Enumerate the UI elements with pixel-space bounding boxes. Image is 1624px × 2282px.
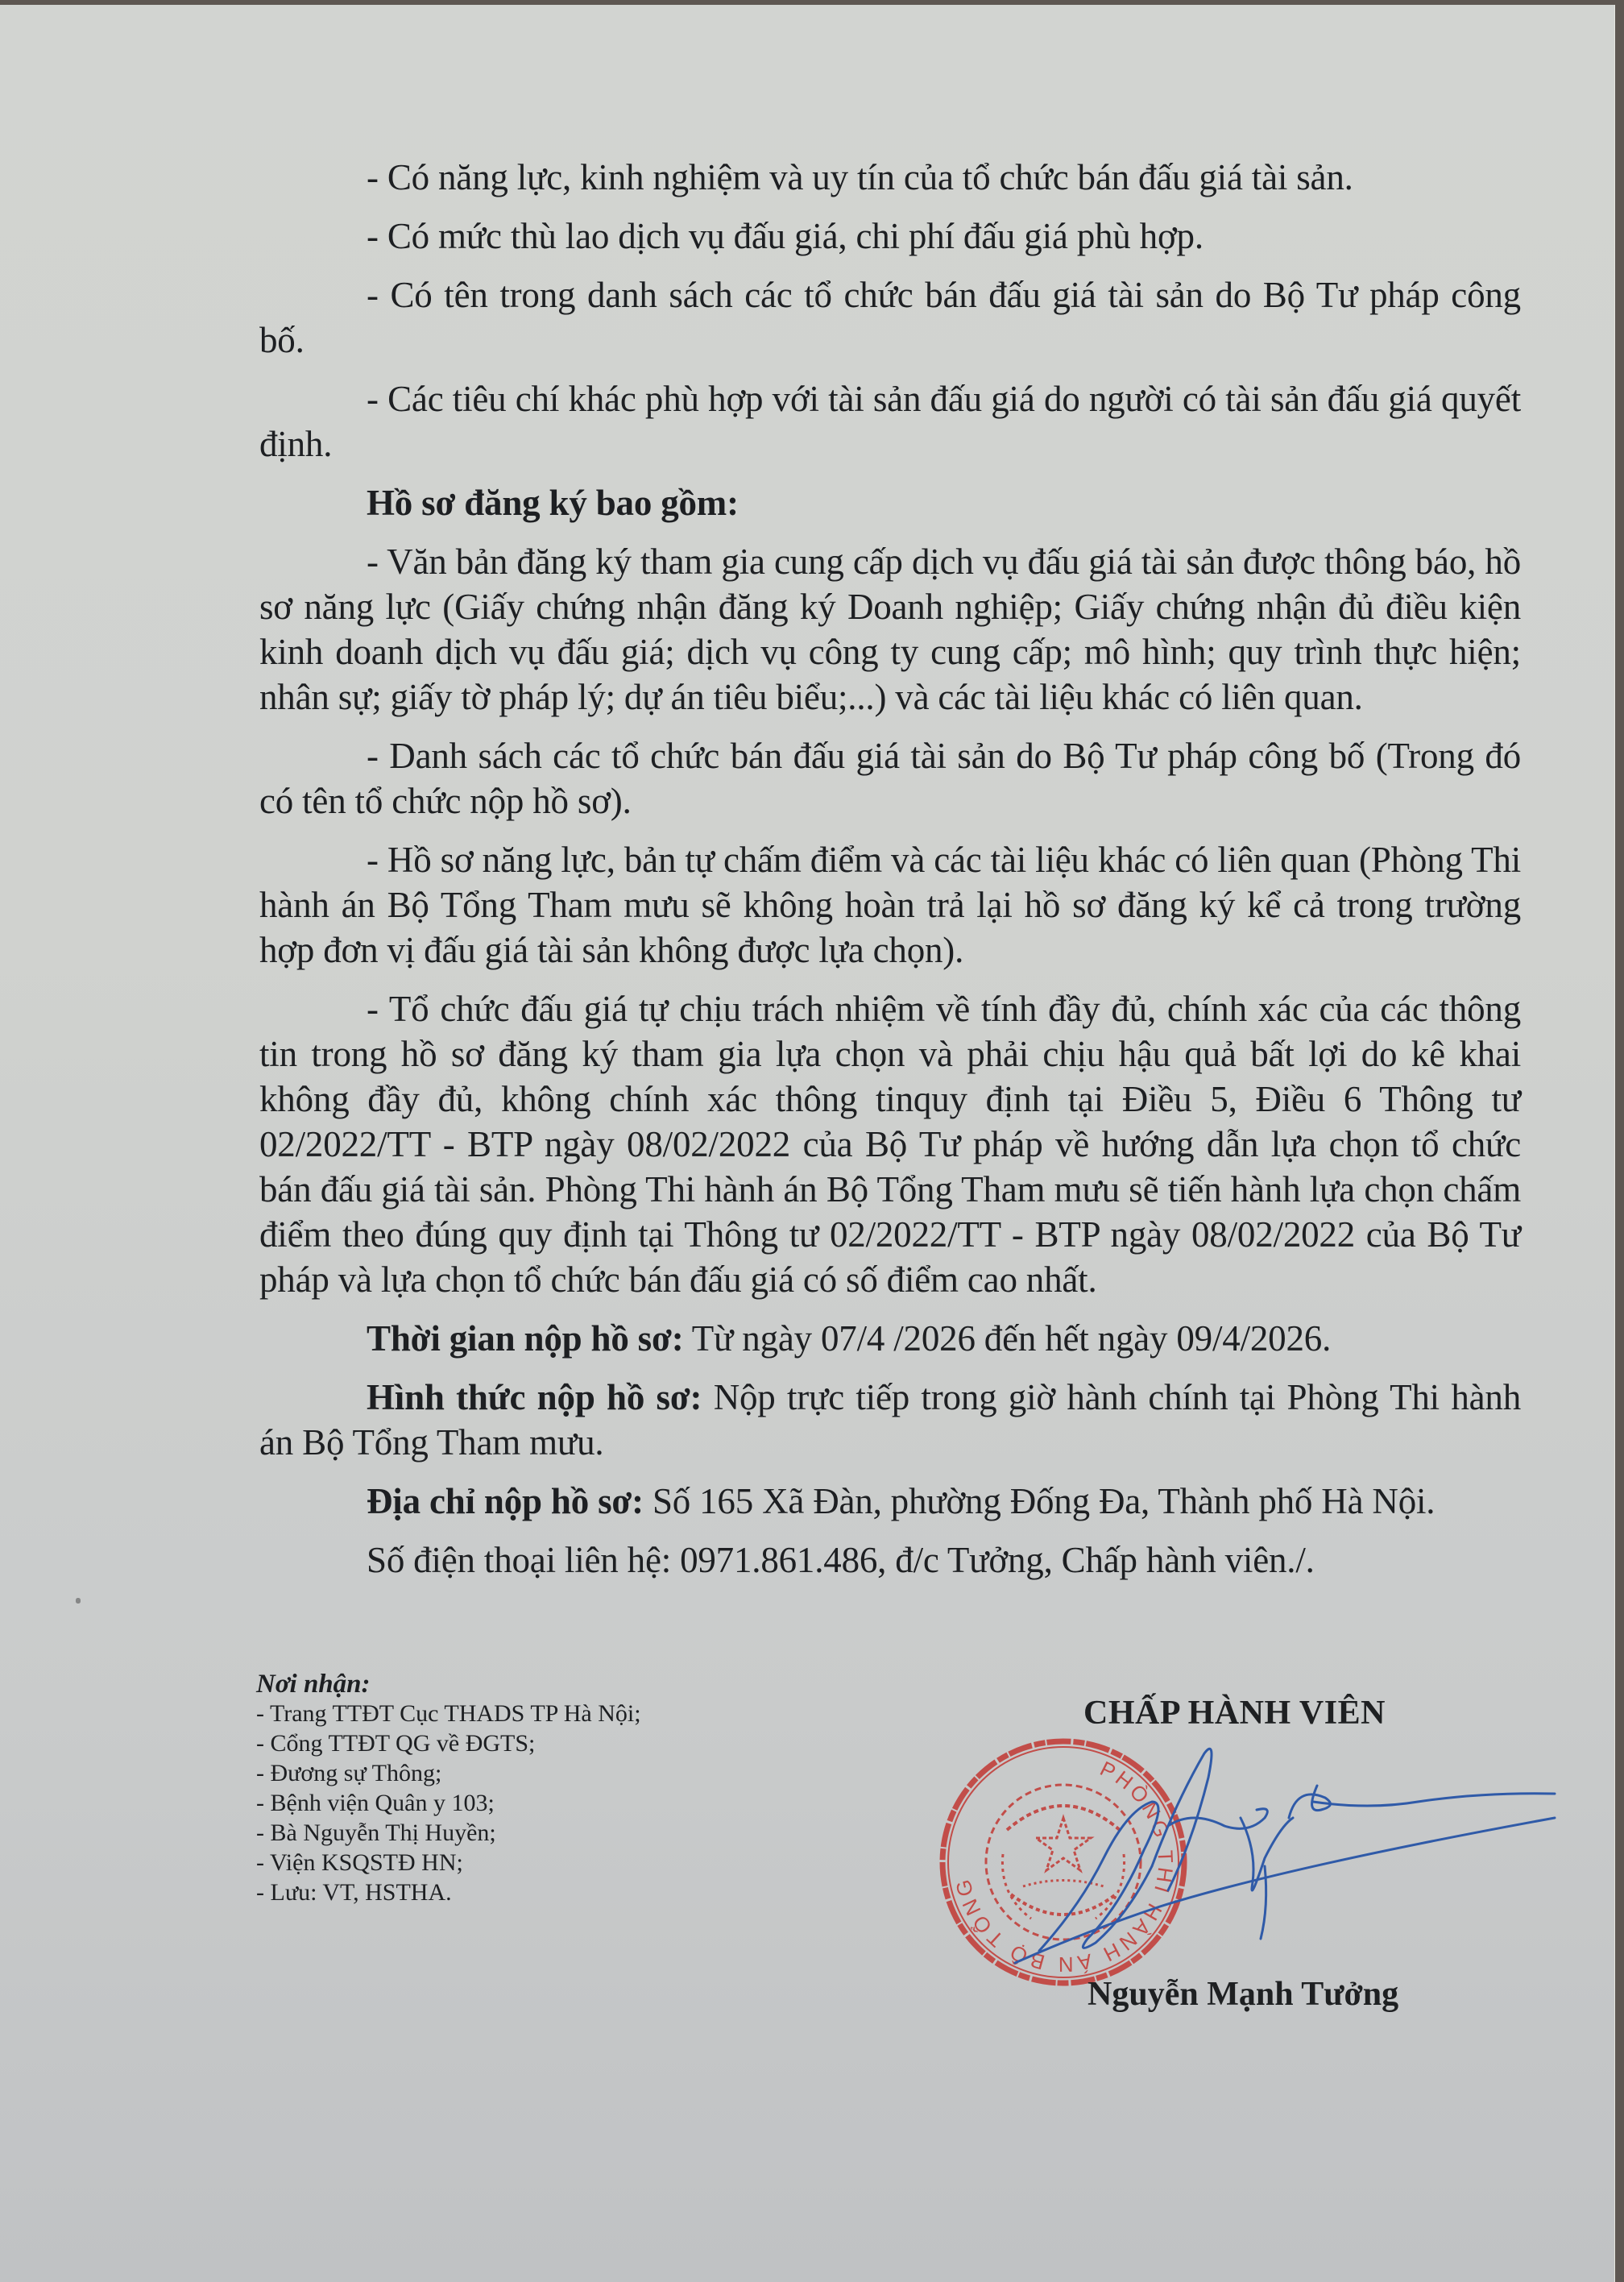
- recipients-list: Nơi nhận: - Trang TTĐT Cục THADS TP Hà N…: [256, 1670, 641, 1907]
- recipient-item: - Cổng TTĐT QG về ĐGTS;: [256, 1728, 641, 1758]
- submission-address-value: Số 165 Xã Đàn, phường Đống Đa, Thành phố…: [644, 1481, 1435, 1521]
- contact-phone: Số điện thoại liên hệ: 0971.861.486, đ/c…: [259, 1537, 1521, 1583]
- dossier-item: - Tổ chức đấu giá tự chịu trách nhiệm về…: [259, 986, 1521, 1302]
- criteria-item: - Các tiêu chí khác phù hợp với tài sản …: [259, 376, 1521, 467]
- dossier-item: - Văn bản đăng ký tham gia cung cấp dịch…: [259, 539, 1521, 720]
- recipient-item: - Trang TTĐT Cục THADS TP Hà Nội;: [256, 1699, 641, 1728]
- recipient-item: - Bà Nguyễn Thị Huyền;: [256, 1818, 641, 1848]
- signature-block: CHẤP HÀNH VIÊN PHÒNG THI HÀNH ÁN BỘ TỔNG…: [886, 1665, 1571, 2035]
- submission-method-label: Hình thức nộp hồ sơ:: [367, 1377, 702, 1417]
- submission-time: Thời gian nộp hồ sơ: Từ ngày 07/4 /2026 …: [259, 1316, 1521, 1361]
- criteria-item: - Có năng lực, kinh nghiệm và uy tín của…: [259, 155, 1521, 200]
- signer-name: Nguyễn Mạnh Tưởng: [1087, 1975, 1398, 2014]
- document-body: - Có năng lực, kinh nghiệm và uy tín của…: [259, 155, 1521, 1596]
- recipient-item: - Đương sự Thông;: [256, 1758, 641, 1788]
- submission-method: Hình thức nộp hồ sơ: Nộp trực tiếp trong…: [259, 1375, 1521, 1465]
- dossier-item: - Hồ sơ năng lực, bản tự chấm điểm và cá…: [259, 837, 1521, 973]
- criteria-item: - Có tên trong danh sách các tổ chức bán…: [259, 272, 1521, 363]
- submission-time-value: Từ ngày 07/4 /2026 đến hết ngày 09/4/202…: [684, 1318, 1332, 1359]
- recipient-item: - Viện KSQSTĐ HN;: [256, 1848, 641, 1877]
- recipients-title: Nơi nhận:: [256, 1670, 641, 1699]
- submission-time-label: Thời gian nộp hồ sơ:: [367, 1318, 684, 1359]
- recipient-item: - Bệnh viện Quân y 103;: [256, 1788, 641, 1818]
- document-page: - Có năng lực, kinh nghiệm và uy tín của…: [0, 5, 1614, 2282]
- recipient-item: - Lưu: VT, HSTHA.: [256, 1877, 641, 1907]
- criteria-item: - Có mức thù lao dịch vụ đấu giá, chi ph…: [259, 214, 1521, 259]
- dossier-heading: Hồ sơ đăng ký bao gồm:: [259, 480, 1521, 525]
- paper-speck: [76, 1598, 81, 1604]
- submission-address: Địa chỉ nộp hồ sơ: Số 165 Xã Đàn, phường…: [259, 1479, 1521, 1524]
- submission-address-label: Địa chỉ nộp hồ sơ:: [367, 1481, 644, 1521]
- dossier-item: - Danh sách các tổ chức bán đấu giá tài …: [259, 733, 1521, 824]
